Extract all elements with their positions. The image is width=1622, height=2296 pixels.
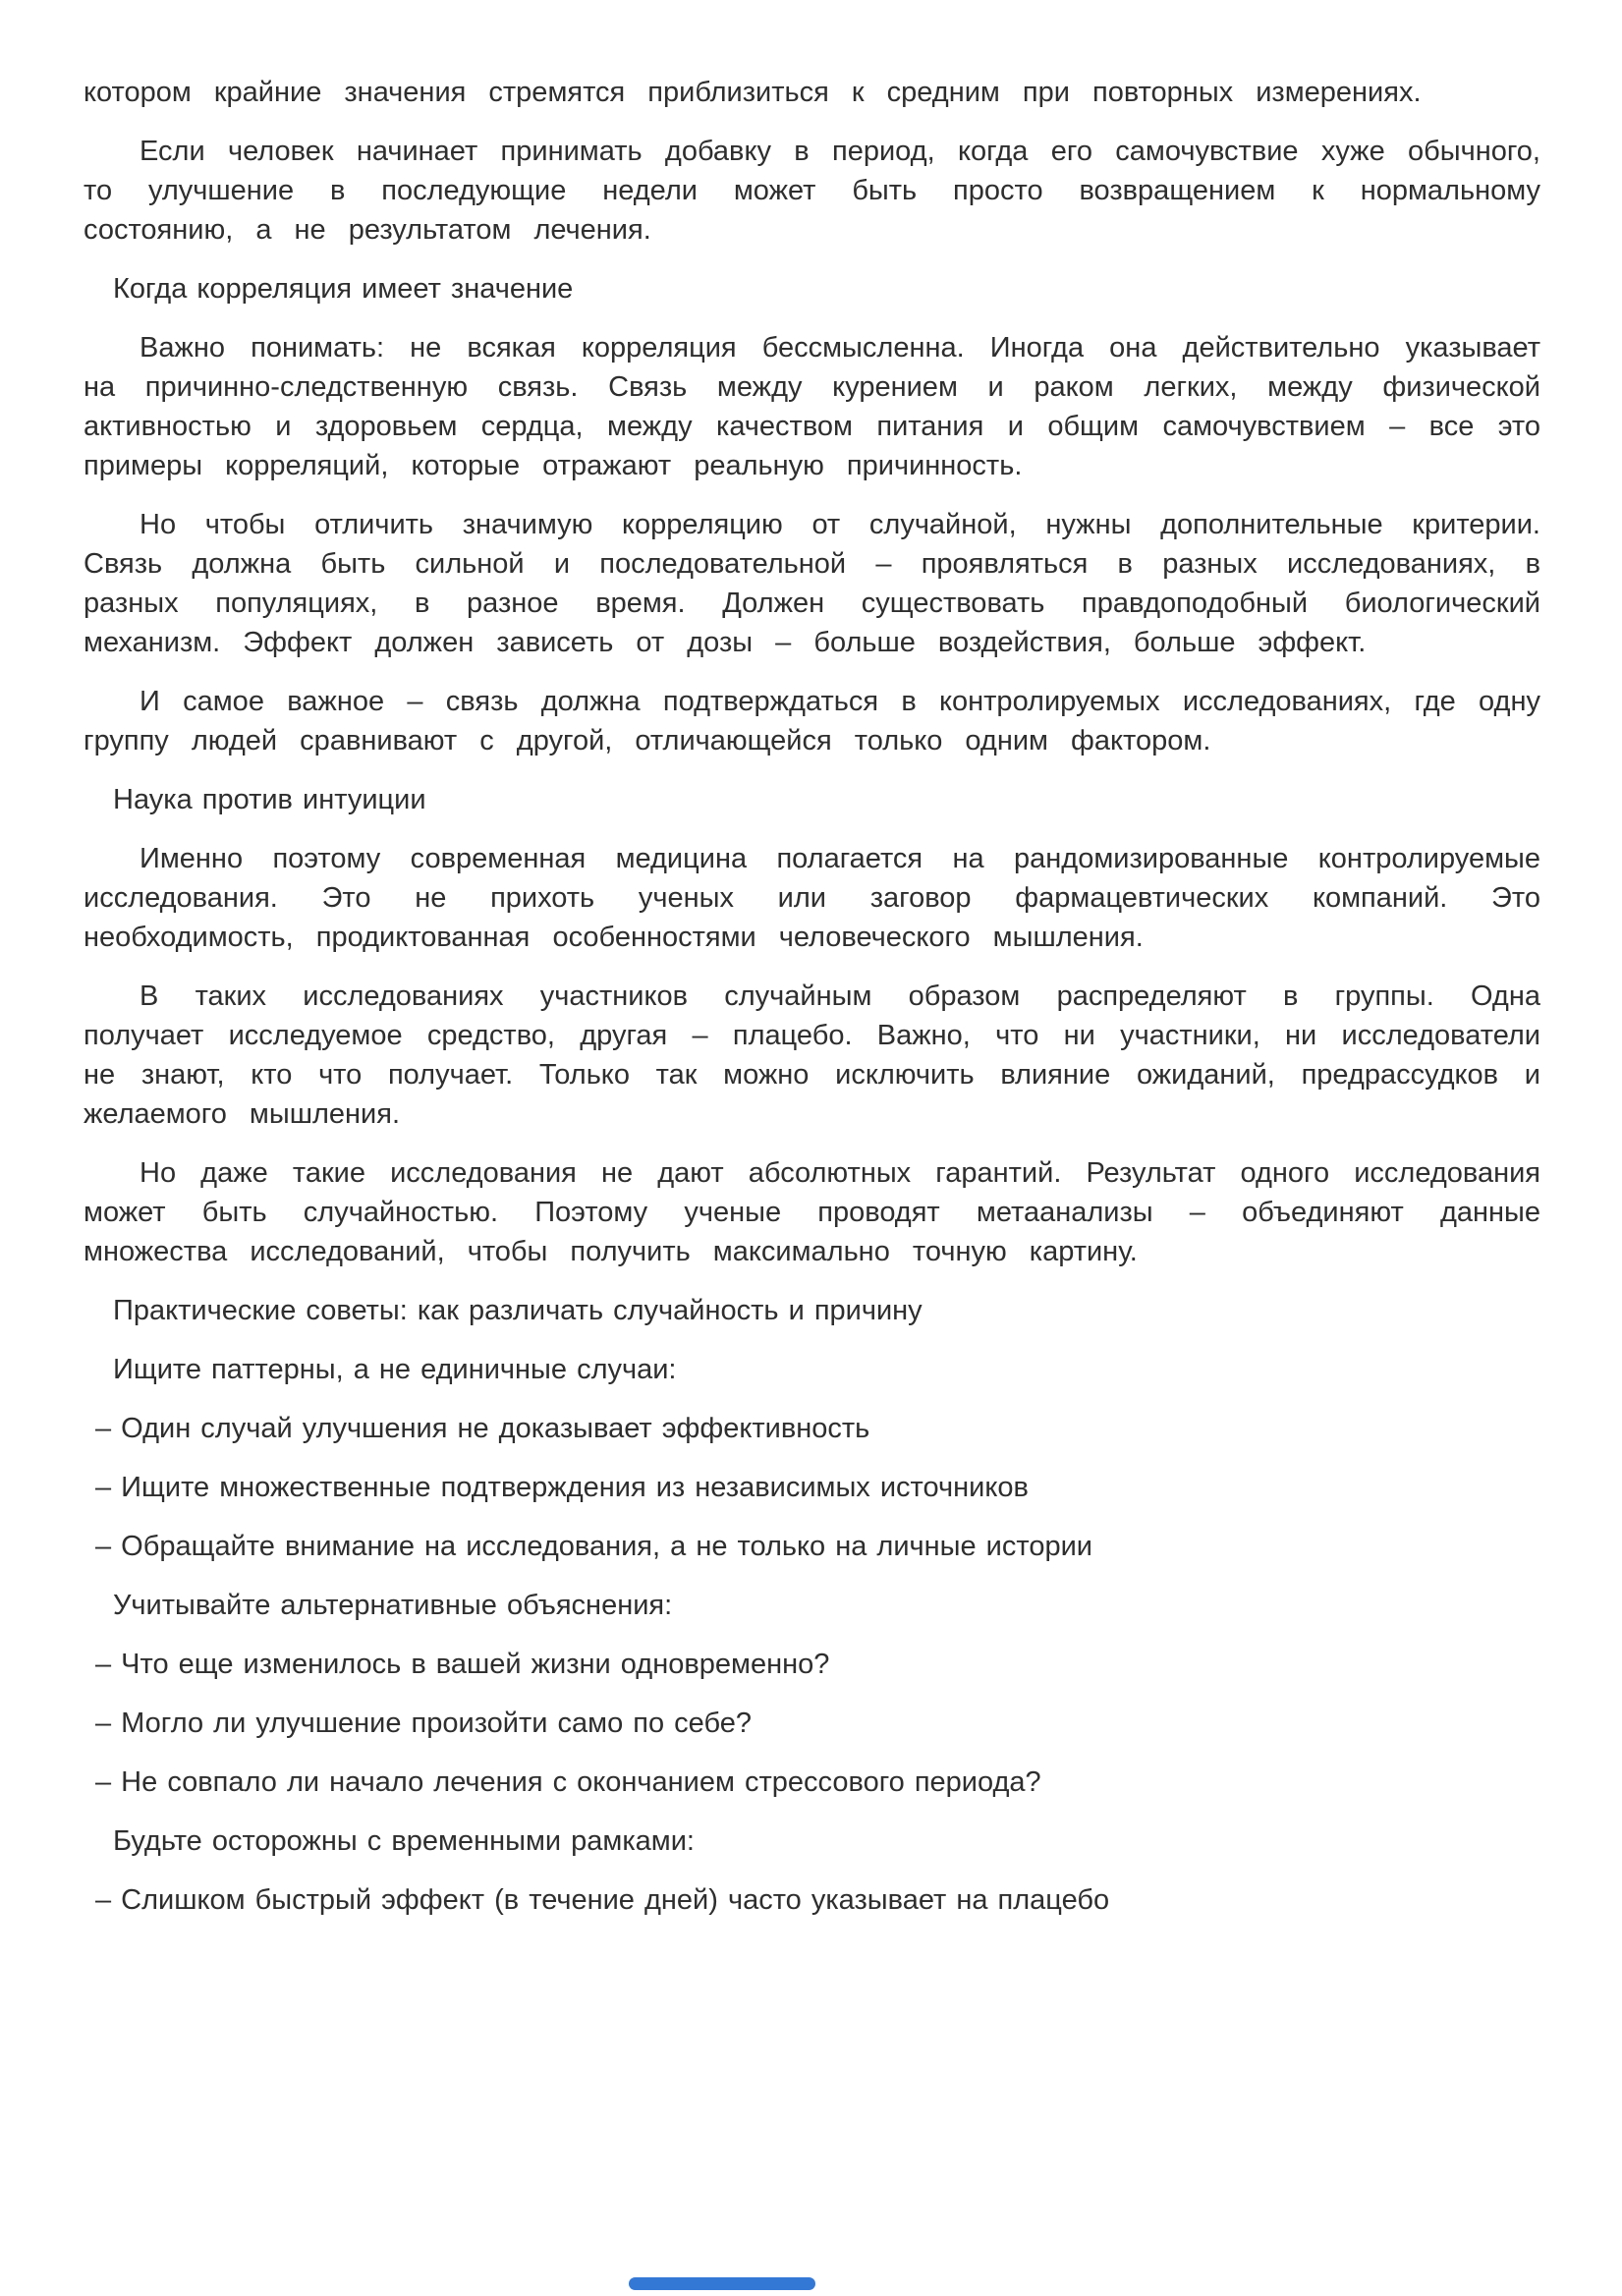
bullet-item: – Что еще изменилось в вашей жизни однов… bbox=[84, 1645, 1540, 1684]
section-heading: Будьте осторожны с временными рамками: bbox=[84, 1821, 1540, 1861]
paragraph: Но чтобы отличить значимую корреляцию от… bbox=[84, 505, 1540, 662]
section-heading: Практические советы: как различать случа… bbox=[84, 1291, 1540, 1330]
paragraph: Важно понимать: не всякая корреляция бес… bbox=[84, 328, 1540, 485]
paragraph: Но даже такие исследования не дают абсол… bbox=[84, 1153, 1540, 1271]
section-heading: Ищите паттерны, а не единичные случаи: bbox=[84, 1350, 1540, 1389]
paragraph: И самое важное – связь должна подтвержда… bbox=[84, 682, 1540, 760]
paragraph: Если человек начинает принимать добавку … bbox=[84, 132, 1540, 250]
section-heading: Учитывайте альтернативные объяснения: bbox=[84, 1586, 1540, 1625]
bullet-item: – Один случай улучшения не доказывает эф… bbox=[84, 1409, 1540, 1448]
bullet-item: – Не совпало ли начало лечения с окончан… bbox=[84, 1763, 1540, 1802]
section-heading: Когда корреляция имеет значение bbox=[84, 269, 1540, 308]
paragraph: Именно поэтому современная медицина пола… bbox=[84, 839, 1540, 957]
bullet-item: – Слишком быстрый эффект (в течение дней… bbox=[84, 1880, 1540, 1920]
bullet-item: – Могло ли улучшение произойти само по с… bbox=[84, 1704, 1540, 1743]
document-content: котором крайние значения стремятся прибл… bbox=[84, 73, 1540, 1939]
bullet-item: – Ищите множественные подтверждения из н… bbox=[84, 1468, 1540, 1507]
paragraph: В таких исследованиях участников случайн… bbox=[84, 977, 1540, 1134]
bullet-item: – Обращайте внимание на исследования, а … bbox=[84, 1527, 1540, 1566]
page-bottom-accent-bar bbox=[629, 2277, 815, 2290]
document-page: котором крайние значения стремятся прибл… bbox=[0, 0, 1622, 2296]
paragraph-continuation: котором крайние значения стремятся прибл… bbox=[84, 73, 1540, 112]
section-heading: Наука против интуиции bbox=[84, 780, 1540, 819]
